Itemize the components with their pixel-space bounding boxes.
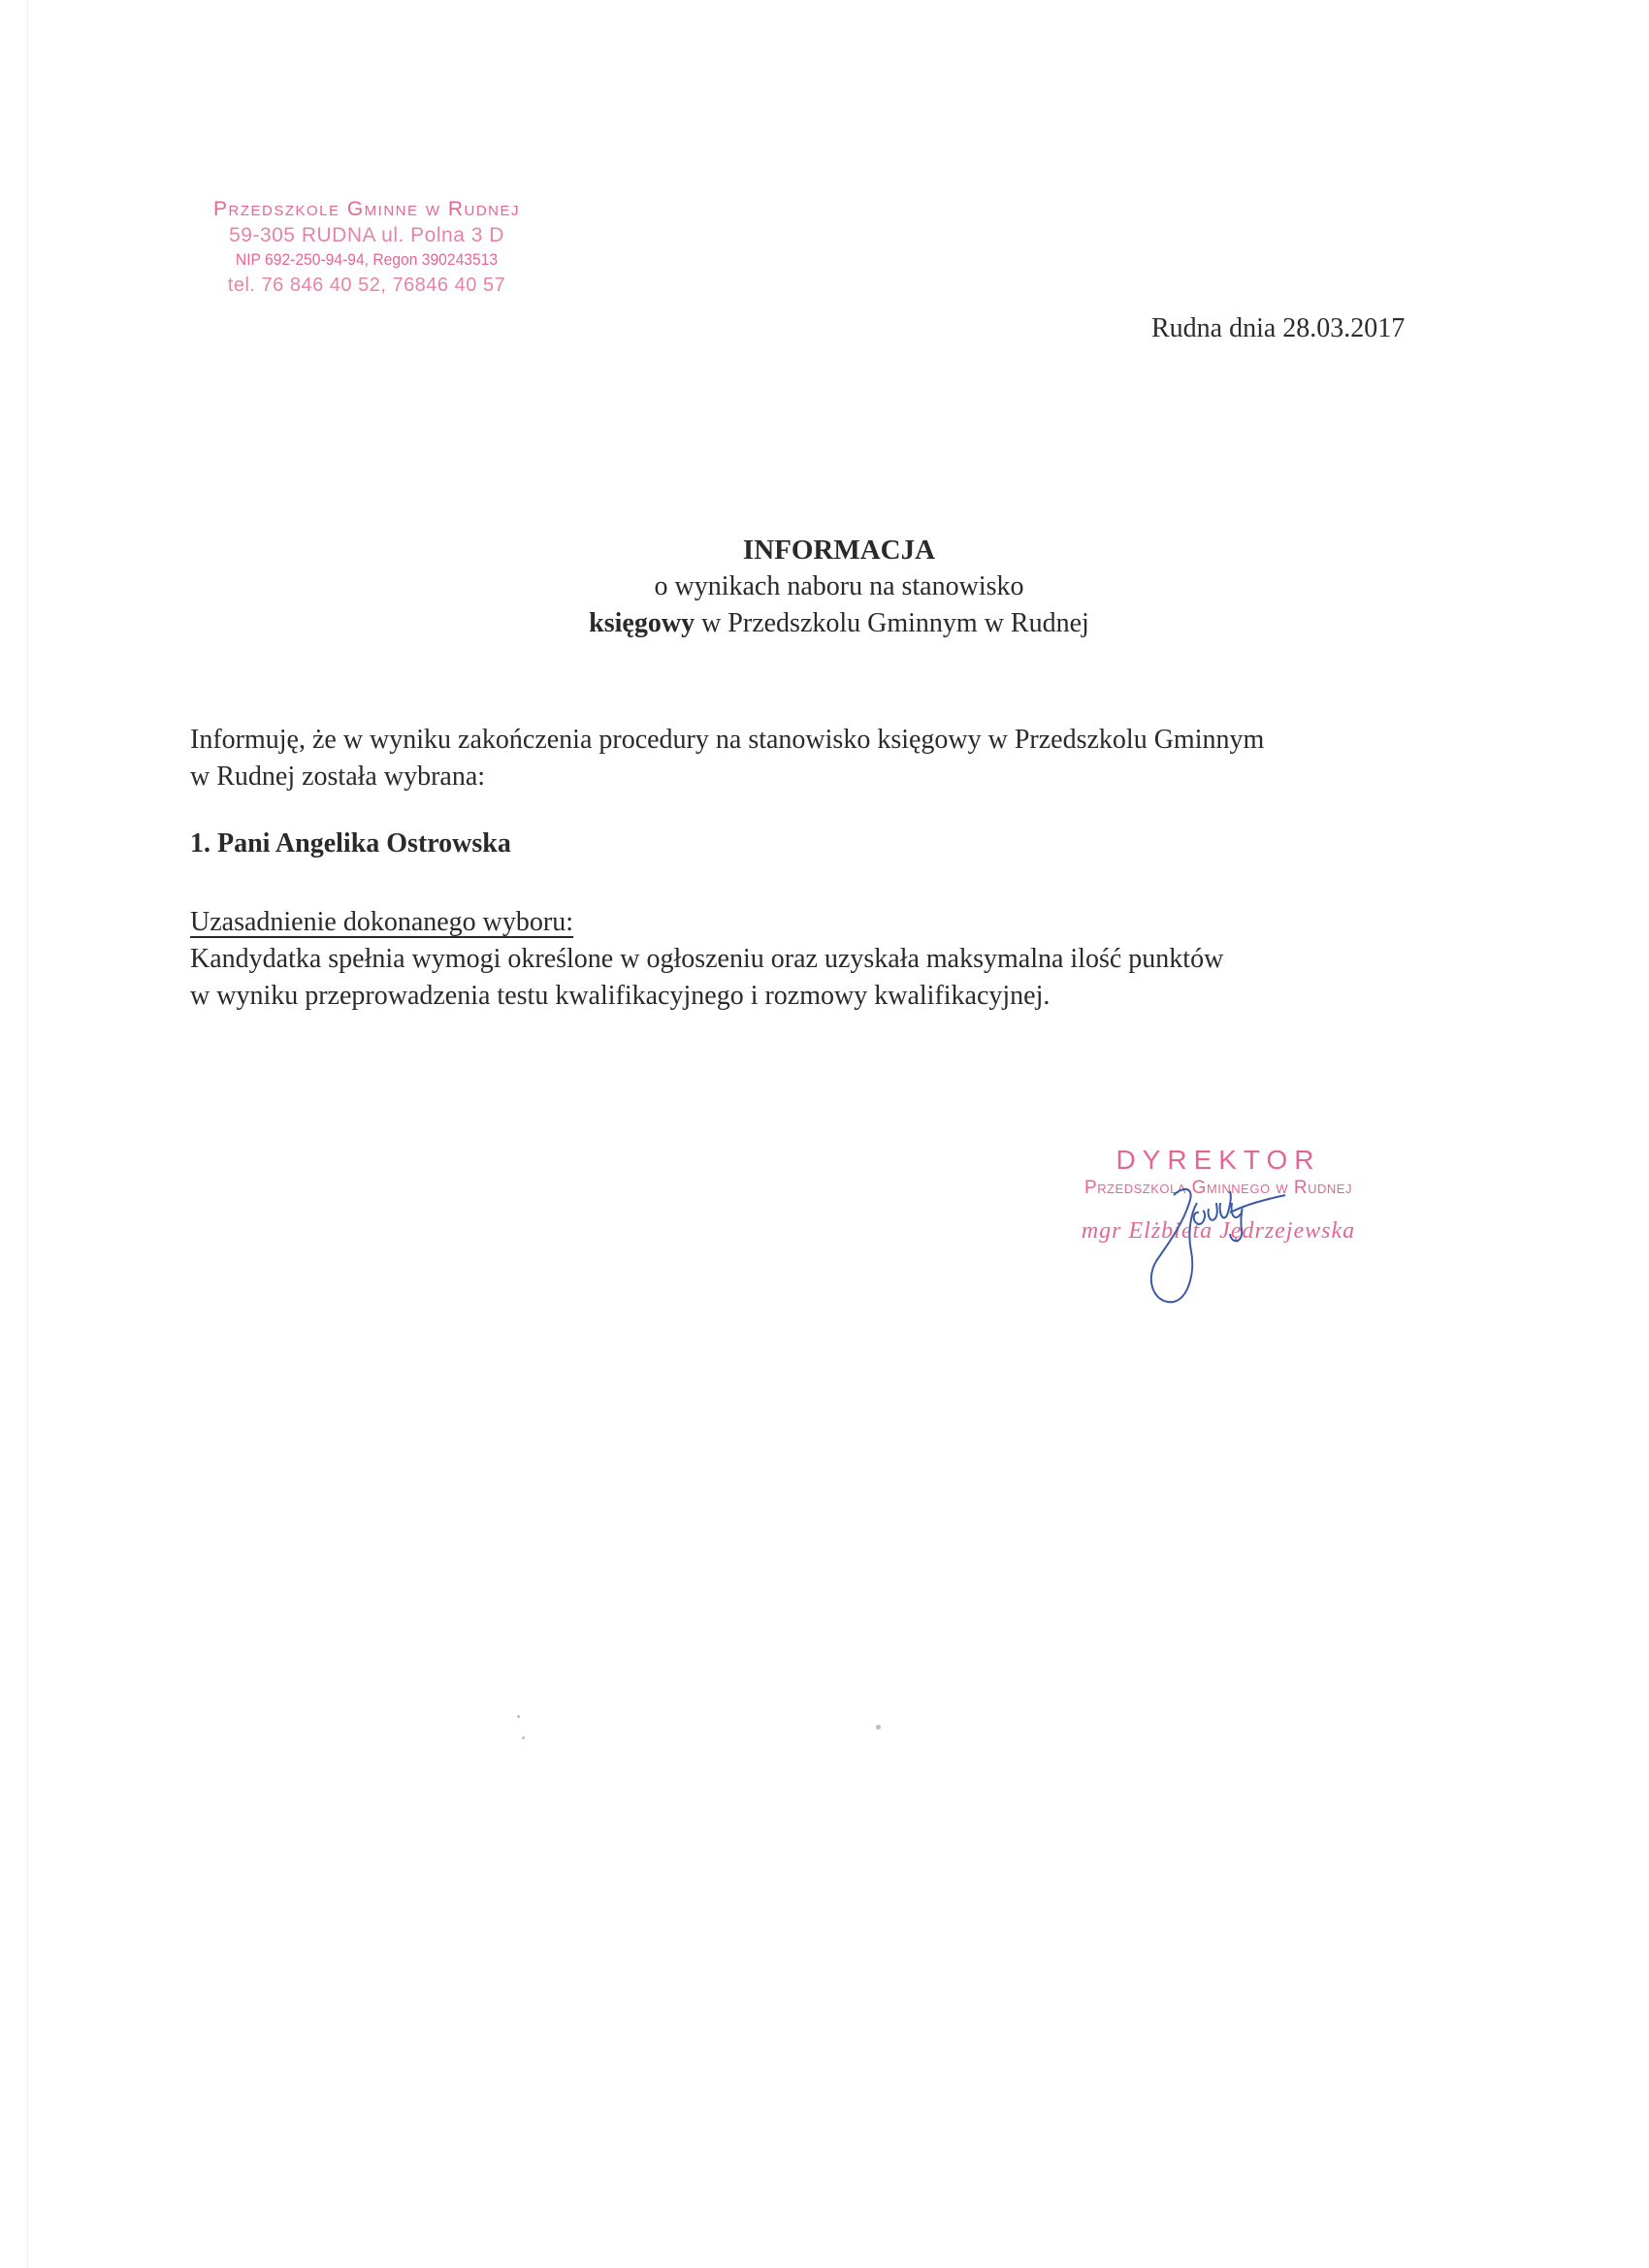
document-title-block: INFORMACJA o wynikach naboru na stanowis… [0,532,1649,642]
stamp-tax-ids: NIP 692-250-94-94, Regon 390243513 [197,251,536,268]
position-name: księgowy [589,608,695,638]
paragraph-line: Kandydatka spełnia wymogi określone w og… [190,941,1223,978]
justification-label: Uzasadnienie dokonanego wyboru: [190,904,573,941]
scan-edge [27,0,28,2268]
document-position-line: księgowy w Przedszkolu Gminnym w Rudnej [0,605,1649,642]
paragraph-line: w Rudnej została wybrana: [190,759,1264,795]
announcement-paragraph: Informuję, że w wyniku zakończenia proce… [190,722,1264,795]
position-location: w Przedszkolu Gminnym w Rudnej [695,608,1089,638]
scan-speck [517,1715,520,1718]
scan-speck [876,1725,881,1730]
institution-stamp: Przedszkole Gminne w Rudnej 59-305 RUDNA… [182,199,551,295]
selected-candidate: 1. Pani Angelika Ostrowska [190,826,511,862]
stamp-address: 59-305 RUDNA ul. Polna 3 D [182,225,551,245]
scan-speck [522,1736,525,1739]
stamp-phone: tel. 76 846 40 52, 76846 40 57 [182,275,551,295]
director-role: DYREKTOR [1034,1145,1403,1176]
document-heading: INFORMACJA [0,532,1649,568]
justification-text: Kandydatka spełnia wymogi określone w og… [190,941,1223,1015]
paragraph-line: Informuję, że w wyniku zakończenia proce… [190,722,1264,759]
stamp-institution-name: Przedszkole Gminne w Rudnej [182,199,551,219]
handwritten-signature-icon [1135,1174,1290,1310]
document-subtitle: o wynikach naboru na stanowisko [0,568,1649,605]
paragraph-line: w wyniku przeprowadzenia testu kwalifika… [190,978,1223,1015]
document-date: Rudna dnia 28.03.2017 [1151,313,1405,344]
